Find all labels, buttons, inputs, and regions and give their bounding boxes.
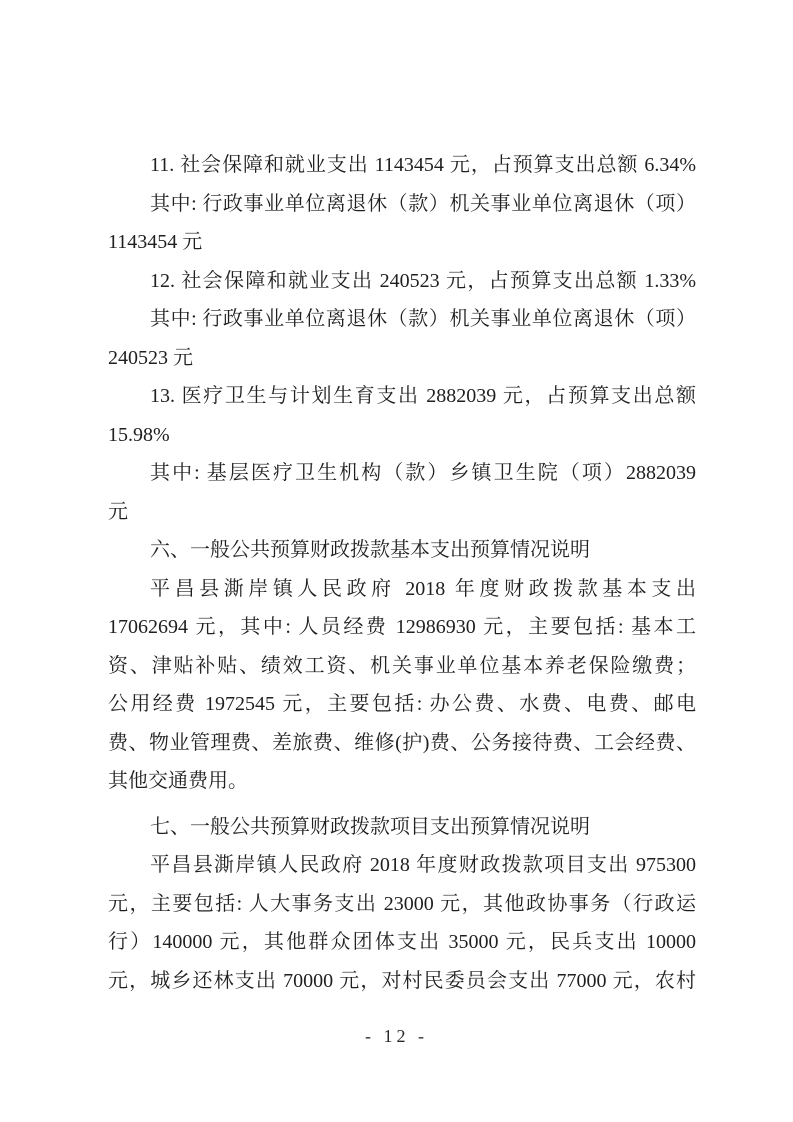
document-line: 其中: 行政事业单位离退休（款）机关事业单位离退休（项） xyxy=(108,300,696,339)
document-line: 元，主要包括: 人大事务支出 23000 元，其他政协事务（行政运 xyxy=(108,885,696,924)
document-line: 其中: 基层医疗卫生机构（款）乡镇卫生院（项）2882039 xyxy=(108,454,696,493)
section-heading-six: 六、一般公共预算财政拨款基本支出预算情况说明 xyxy=(108,531,696,570)
document-line: 15.98% xyxy=(108,416,696,455)
document-line: 公用经费 1972545 元，主要包括: 办公费、水费、电费、邮电 xyxy=(108,685,696,724)
section-heading-seven: 七、一般公共预算财政拨款项目支出预算情况说明 xyxy=(108,808,696,847)
document-line: 资、津贴补贴、绩效工资、机关事业单位基本养老保险缴费； xyxy=(108,647,696,686)
document-line: 平昌县澌岸镇人民政府 2018 年度财政拨款项目支出 975300 xyxy=(108,846,696,885)
document-line: 行）140000 元，其他群众团体支出 35000 元，民兵支出 10000 xyxy=(108,923,696,962)
document-line: 17062694 元，其中: 人员经费 12986930 元，主要包括: 基本工 xyxy=(108,608,696,647)
document-line: 费、物业管理费、差旅费、维修(护)费、公务接待费、工会经费、 xyxy=(108,724,696,763)
document-line: 平昌县澌岸镇人民政府 2018 年度财政拨款基本支出 xyxy=(108,570,696,609)
document-line: 13. 医疗卫生与计划生育支出 2882039 元，占预算支出总额 xyxy=(108,377,696,416)
document-line: 1143454 元 xyxy=(108,223,696,262)
document-page: 11. 社会保障和就业支出 1143454 元，占预算支出总额 6.34% 其中… xyxy=(0,0,793,1122)
document-line: 12. 社会保障和就业支出 240523 元，占预算支出总额 1.33% xyxy=(108,262,696,301)
document-line: 其他交通费用。 xyxy=(108,762,696,801)
page-number: - 12 - xyxy=(0,1026,793,1047)
document-body: 11. 社会保障和就业支出 1143454 元，占预算支出总额 6.34% 其中… xyxy=(108,146,696,1000)
document-line: 11. 社会保障和就业支出 1143454 元，占预算支出总额 6.34% xyxy=(108,146,696,185)
document-line: 240523 元 xyxy=(108,339,696,378)
document-line: 元，城乡还林支出 70000 元，对村民委员会支出 77000 元，农村 xyxy=(108,962,696,1001)
document-line: 元 xyxy=(108,493,696,532)
document-line: 其中: 行政事业单位离退休（款）机关事业单位离退休（项） xyxy=(108,185,696,224)
